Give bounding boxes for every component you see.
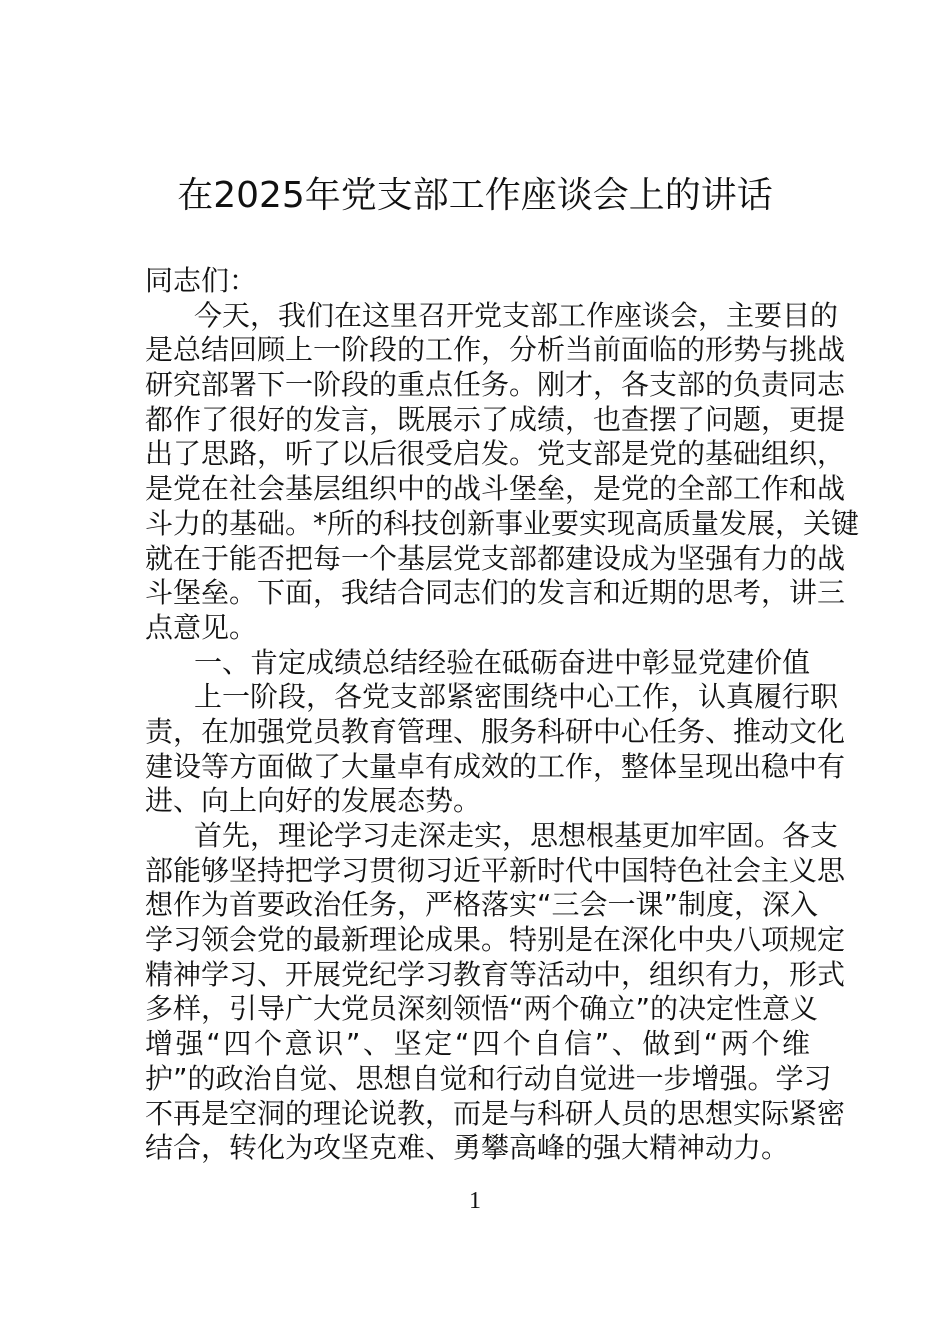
document-title: 在2025年党支部工作座谈会上的讲话 — [0, 172, 950, 220]
text-line: 精神学习、开展党纪学习教育等活动中，组织有力，形式 — [145, 958, 810, 993]
page-number: 1 — [0, 1188, 950, 1215]
text-line: 想作为首要政治任务，严格落实“三会一课”制度，深入 — [145, 888, 810, 923]
text-line: 结合，转化为攻坚克难、勇攀高峰的强大精神动力。 — [145, 1131, 810, 1166]
text-line: 是总结回顾上一阶段的工作，分析当前面临的形势与挑战 — [145, 333, 810, 368]
text-line: 都作了很好的发言，既展示了成绩，也查摆了问题，更提 — [145, 403, 810, 438]
section-heading: 一、肯定成绩总结经验在砥砺奋进中彰显党建价值 — [145, 646, 810, 681]
text-line: 斗堡垒。下面，我结合同志们的发言和近期的思考，讲三 — [145, 576, 810, 611]
document-body: 同志们： 今天，我们在这里召开党支部工作座谈会，主要目的是总结回顾上一阶段的工作… — [145, 264, 810, 1166]
text-line: 进、向上向好的发展态势。 — [145, 784, 810, 819]
text-line: 多样，引导广大党员深刻领悟“两个确立”的决定性意义 — [145, 992, 810, 1027]
text-line: 不再是空洞的理论说教，而是与科研人员的思想实际紧密 — [145, 1097, 810, 1132]
text-line: 点意见。 — [145, 611, 810, 646]
text-line: 增强“四个意识”、坚定“四个自信”、做到“两个维 — [145, 1027, 810, 1062]
text-line: 出了思路，听了以后很受启发。党支部是党的基础组织， — [145, 437, 810, 472]
paragraph-lines: 今天，我们在这里召开党支部工作座谈会，主要目的是总结回顾上一阶段的工作，分析当前… — [145, 299, 810, 1166]
text-line: 就在于能否把每一个基层党支部都建设成为坚强有力的战 — [145, 542, 810, 577]
text-line: 上一阶段，各党支部紧密围绕中心工作，认真履行职 — [145, 680, 810, 715]
text-line: 责，在加强党员教育管理、服务科研中心任务、推动文化 — [145, 715, 810, 750]
text-line: 研究部署下一阶段的重点任务。刚才，各支部的负责同志 — [145, 368, 810, 403]
text-line: 今天，我们在这里召开党支部工作座谈会，主要目的 — [145, 299, 810, 334]
text-line: 学习领会党的最新理论成果。特别是在深化中央八项规定 — [145, 923, 810, 958]
salutation: 同志们： — [145, 264, 810, 299]
text-line: 斗力的基础。*所的科技创新事业要实现高质量发展，关键 — [145, 507, 810, 542]
text-line: 护”的政治自觉、思想自觉和行动自觉进一步增强。学习 — [145, 1062, 810, 1097]
document-page: 在2025年党支部工作座谈会上的讲话 同志们： 今天，我们在这里召开党支部工作座… — [0, 0, 950, 1344]
text-line: 部能够坚持把学习贯彻习近平新时代中国特色社会主义思 — [145, 854, 810, 889]
text-line: 首先，理论学习走深走实，思想根基更加牢固。各支 — [145, 819, 810, 854]
text-line: 建设等方面做了大量卓有成效的工作，整体呈现出稳中有 — [145, 750, 810, 785]
text-line: 是党在社会基层组织中的战斗堡垒，是党的全部工作和战 — [145, 472, 810, 507]
